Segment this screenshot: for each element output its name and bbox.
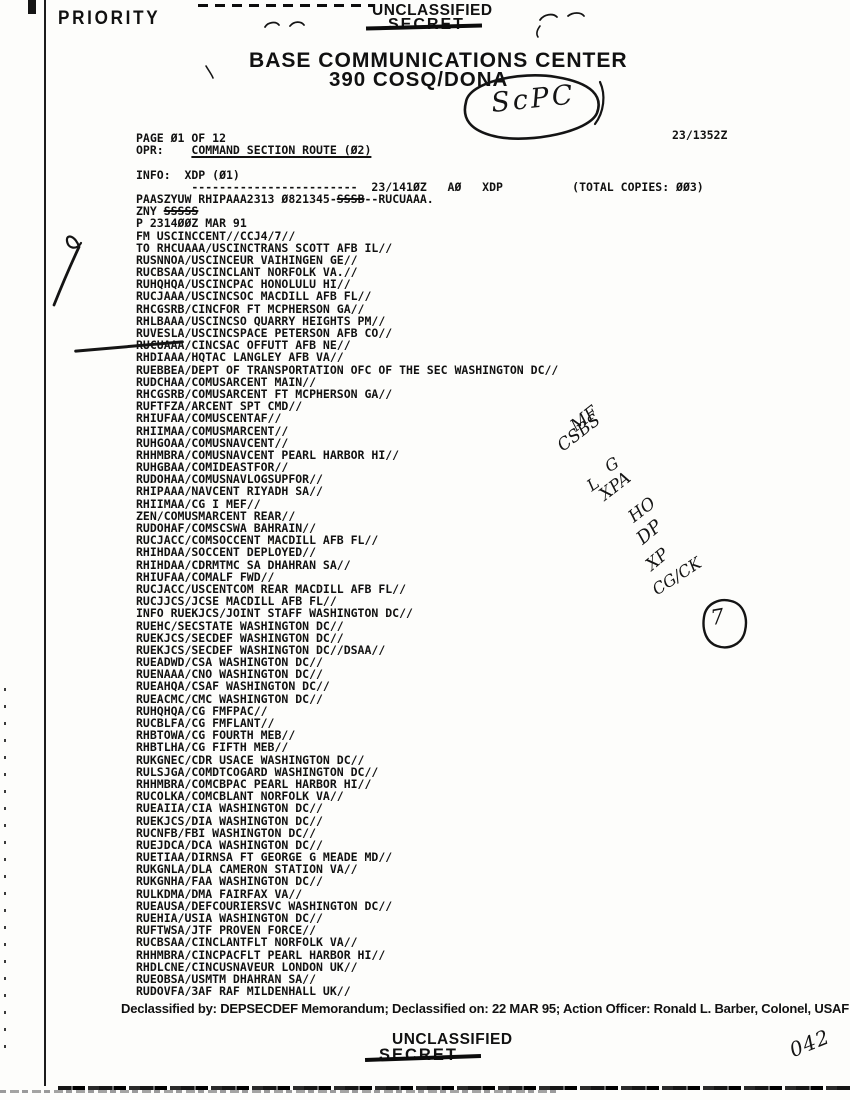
message-line: [136, 156, 816, 168]
message-line: RUEACMC/CMC WASHINGTON DC//: [136, 693, 816, 705]
top-squiggle-left-2: [290, 22, 304, 26]
message-line: RHIUFAA/COMUSCENTAF//: [136, 412, 816, 424]
message-line: RUKGNHA/FAA WASHINGTON DC//: [136, 875, 816, 887]
message-line-segment: OPR:: [136, 143, 191, 157]
message-line: RUKGNEC/CDR USACE WASHINGTON DC//: [136, 754, 816, 766]
message-line: P 2314ØØZ MAR 91: [136, 217, 816, 229]
message-line: RHDIAAA/HQTAC LANGLEY AFB VA//: [136, 351, 816, 363]
message-line: RHIHDAA/SOCCENT DEPLOYED//: [136, 546, 816, 558]
left-margin-dots: [4, 688, 6, 1058]
scpc-circle-tail: [595, 82, 603, 124]
message-line: RUEKJCS/DIA WASHINGTON DC//: [136, 815, 816, 827]
top-squiggle-right-1: [540, 15, 557, 20]
message-line: INFO: XDP (Ø1): [136, 169, 816, 181]
handwritten-page-number: 042: [786, 1024, 833, 1062]
declassification-note: Declassified by: DEPSECDEF Memorandum; D…: [121, 1001, 850, 1016]
top-squiggle-right-2: [568, 13, 584, 16]
priority-label: PRIORITY: [58, 8, 160, 30]
top-squiggle-left-1: [265, 23, 279, 27]
message-line: OPR: COMMAND SECTION ROUTE (Ø2): [136, 144, 816, 156]
margin-checkmark-hook: [67, 236, 81, 247]
message-line: RHHMBRA/CINCPACFLT PEARL HARBOR HI//: [136, 949, 816, 961]
left-margin-rule: [44, 0, 46, 1086]
message-body: PAGE Ø1 OF 12OPR: COMMAND SECTION ROUTE …: [136, 132, 816, 997]
scan-corner-artifact: [28, 0, 36, 14]
top-squiggle-right-3: [537, 26, 540, 37]
message-line: RUCJAAA/USCINCSOC MACDILL AFB FL//: [136, 290, 816, 302]
message-line: RHIIMAA/COMUSMARCENT//: [136, 425, 816, 437]
message-line: RHIHDAA/CDRMTMC SA DHAHRAN SA//: [136, 559, 816, 571]
bottom-scan-noise-line-faint: [0, 1090, 560, 1093]
message-line: RHIIMAA/CG I MEF//: [136, 498, 816, 510]
message-line: RHCGSRB/CINCFOR FT MCPHERSON GA//: [136, 303, 816, 315]
message-line: PAASZYUW RHIPAAA2313 Ø821345-SSSB--RUCUA…: [136, 193, 816, 205]
org-title-line2: 390 COSQ/DONA: [329, 68, 508, 92]
message-line: RUEBBEA/DEPT OF TRANSPORTATION OFC OF TH…: [136, 364, 816, 376]
message-line: RHIPAAA/NAVCENT RIYADH SA//: [136, 485, 816, 497]
message-line: RUEAHQA/CSAF WASHINGTON DC//: [136, 680, 816, 692]
message-line: RUDOVFA/3AF RAF MILDENHALL UK//: [136, 985, 816, 997]
message-line-underline-segment: COMMAND SECTION ROUTE (Ø2): [191, 143, 371, 157]
message-line: RHBTLHA/CG FIFTH MEB//: [136, 741, 816, 753]
small-stroke-near-title: [206, 66, 213, 78]
message-line: RUCBSAA/CINCLANTFLT NORFOLK VA//: [136, 936, 816, 948]
message-line: RULKDMA/DMA FAIRFAX VA//: [136, 888, 816, 900]
message-line-segment: --RUCUAAA.: [365, 192, 434, 206]
message-line: FM USCINCCENT//CCJ4/7//: [136, 230, 816, 242]
scanned-document-page: PRIORITY UNCLASSIFIED SECRET BASE COMMUN…: [0, 0, 850, 1100]
message-line-strike-segment: SSSB: [337, 192, 365, 206]
top-dashed-line: [198, 4, 374, 7]
margin-checkmark-stroke: [54, 247, 79, 305]
message-line: RUEAIIA/CIA WASHINGTON DC//: [136, 802, 816, 814]
